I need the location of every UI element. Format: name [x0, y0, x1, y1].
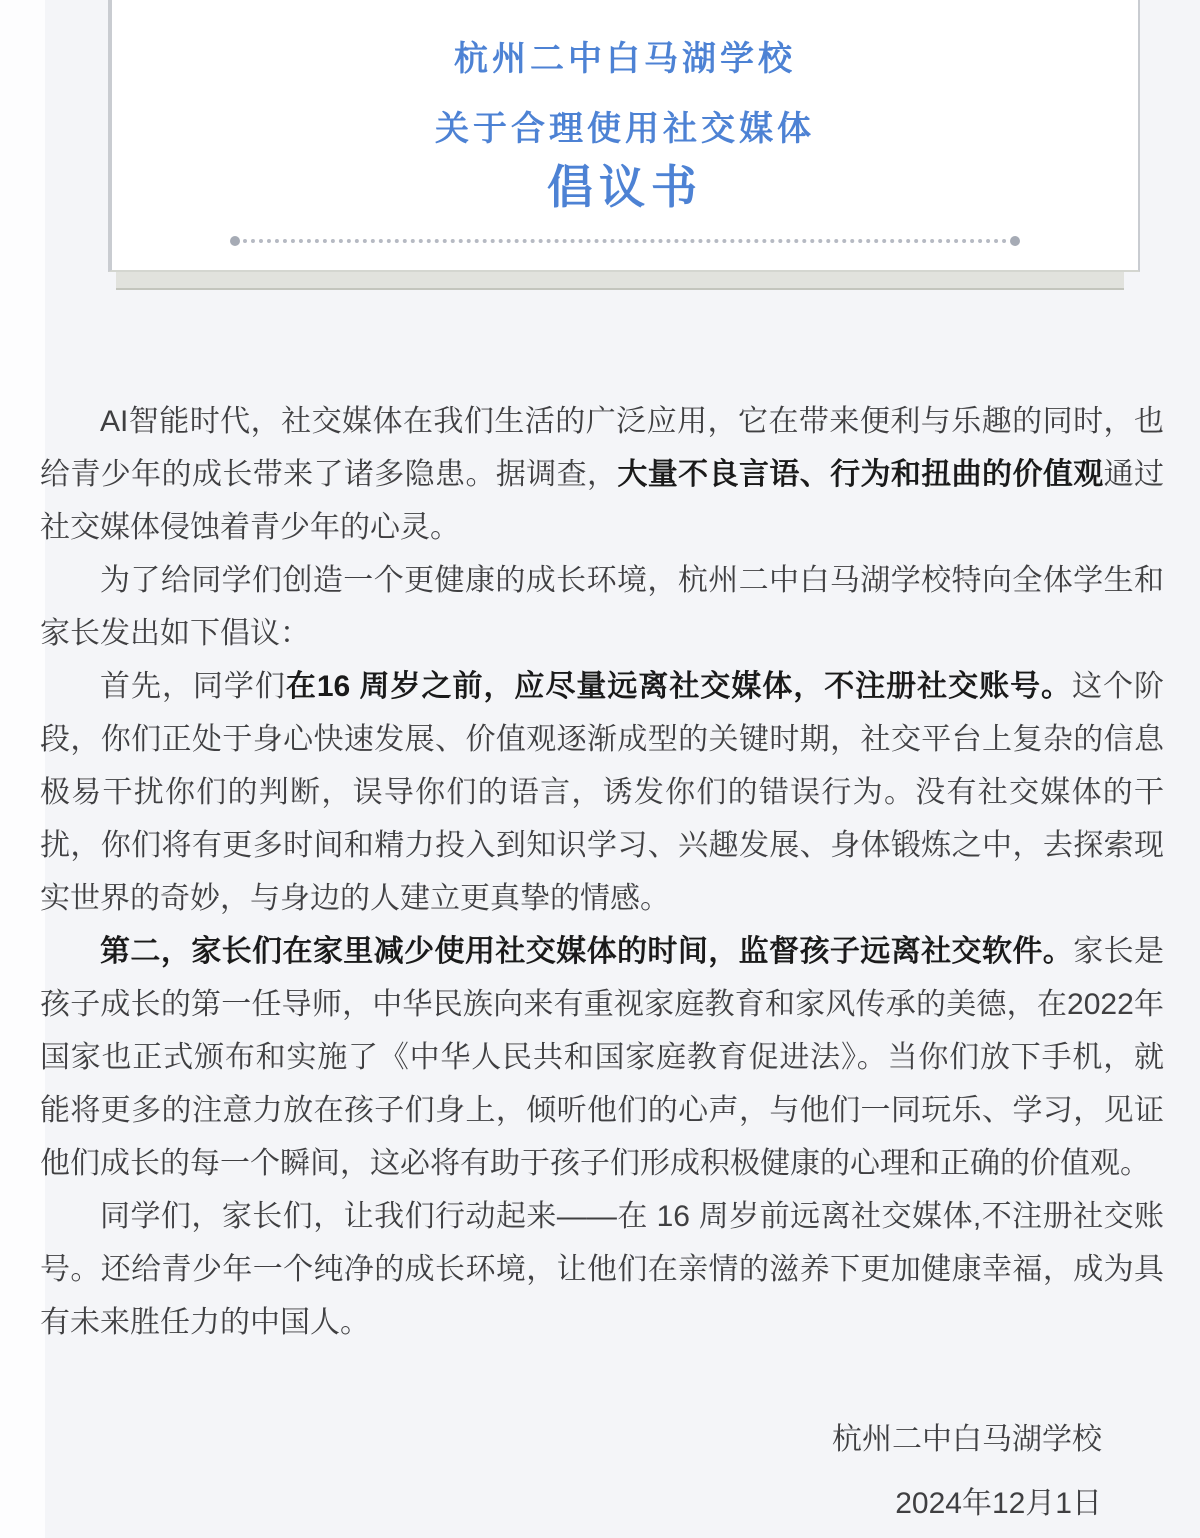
divider-left-dot-icon — [230, 236, 240, 246]
divider-dotted-line — [243, 239, 1007, 243]
signature-block: 杭州二中白马湖学校 2024年12月1日 — [832, 1408, 1102, 1536]
divider-right-dot-icon — [1010, 236, 1020, 246]
notice-paragraph: 同学们，家长们，让我们行动起来——在 16 周岁前远离社交媒体,不注册社交账号。… — [40, 1190, 1164, 1349]
notice-body: AI智能时代，社交媒体在我们生活的广泛应用，它在带来便利与乐趣的同时，也给青少年… — [40, 395, 1164, 1349]
header-school-name: 杭州二中白马湖学校 — [112, 42, 1138, 76]
notice-header-card: 杭州二中白马湖学校 关于合理使用社交媒体 倡议书 — [108, 0, 1140, 272]
notice-paragraph: AI智能时代，社交媒体在我们生活的广泛应用，它在带来便利与乐趣的同时，也给青少年… — [40, 395, 1164, 554]
card-stack-shadow — [116, 272, 1124, 290]
left-margin-strip — [0, 0, 45, 1538]
notice-paragraph: 首先，同学们在16 周岁之前，应尽量远离社交媒体，不注册社交账号。这个阶段，你们… — [40, 660, 1164, 925]
signature-school: 杭州二中白马湖学校 — [832, 1408, 1102, 1472]
header-notice-subject: 关于合理使用社交媒体 — [112, 112, 1138, 146]
dotted-divider — [230, 236, 1020, 246]
header-notice-type: 倡议书 — [112, 164, 1138, 210]
signature-date: 2024年12月1日 — [832, 1472, 1102, 1536]
notice-paragraph: 为了给同学们创造一个更健康的成长环境，杭州二中白马湖学校特向全体学生和家长发出如… — [40, 554, 1164, 660]
notice-paragraph: 第二，家长们在家里减少使用社交媒体的时间，监督孩子远离社交软件。家长是孩子成长的… — [40, 925, 1164, 1190]
